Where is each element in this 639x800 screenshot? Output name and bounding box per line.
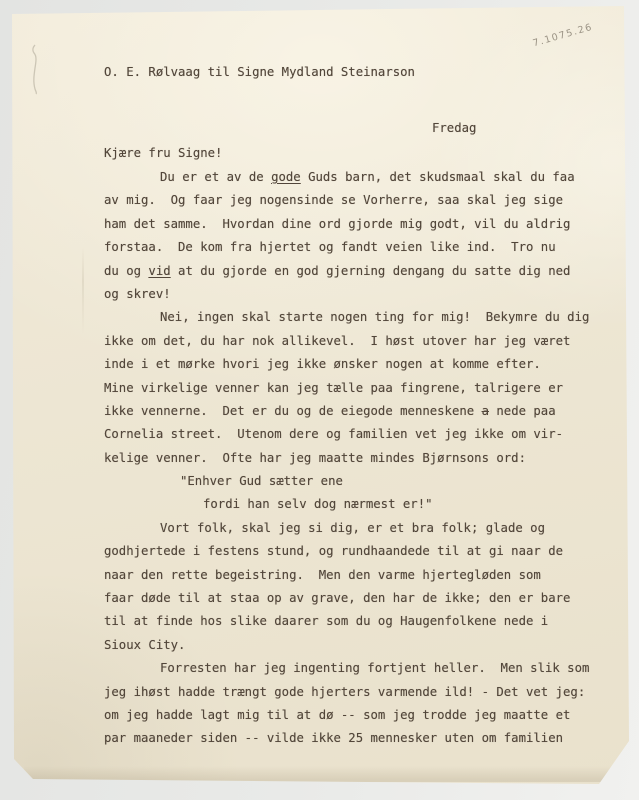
letter-line: naar den rette begeistring. Men den varm… <box>104 564 629 587</box>
text-segment: Vort folk, skal jeg si dig, er et bra fo… <box>160 521 545 535</box>
text-segment: du og <box>104 264 148 278</box>
letter-line: du og vid at du gjorde en god gjerning d… <box>104 260 629 283</box>
text-segment: inde i et mørke hvori jeg ikke ønsker no… <box>104 357 541 371</box>
letter-line: jeg ihøst hadde trængt gode hjerters var… <box>104 681 629 704</box>
text-segment: fordi han selv dog nærmest er!" <box>203 497 433 511</box>
text-segment: og skrev! <box>104 287 171 301</box>
archive-pencil-note: 7.1075.26 <box>532 22 594 50</box>
paperclip-mark <box>27 42 45 96</box>
letter-line: Vort folk, skal jeg si dig, er et bra fo… <box>104 517 629 540</box>
letter-line: Forresten har jeg ingenting fortjent hel… <box>104 657 629 680</box>
letter-body: Du er et av de gode Guds barn, det skuds… <box>104 166 629 751</box>
text-segment: forstaa. De kom fra hjertet og fandt vei… <box>104 240 556 254</box>
letter-line: godhjertede i festens stund, og rundhaan… <box>104 540 629 563</box>
letter-line: ham det samme. Hvordan dine ord gjorde m… <box>104 213 629 236</box>
text-segment: til at finde hos slike daarer som du og … <box>104 614 548 628</box>
text-segment: par maaneder siden -- vilde ikke 25 menn… <box>104 731 563 745</box>
letter-line: Mine virkelige venner kan jeg tælle paa … <box>104 377 629 400</box>
text-segment: ham det samme. Hvordan dine ord gjorde m… <box>104 217 570 231</box>
text-segment: faar døde til at staa op av grave, den h… <box>104 591 570 605</box>
text-segment: kelige venner. Ofte har jeg maatte minde… <box>104 451 526 465</box>
text-segment: Sioux City. <box>104 638 185 652</box>
letter-line: faar døde til at staa op av grave, den h… <box>104 587 629 610</box>
text-segment: jeg ihøst hadde trængt gode hjerters var… <box>104 685 585 699</box>
letter-heading: O. E. Rølvaag til Signe Mydland Steinars… <box>104 61 415 84</box>
text-segment: naar den rette begeistring. Men den varm… <box>104 568 541 582</box>
text-segment: godhjertede i festens stund, og rundhaan… <box>104 544 563 558</box>
letter-scan: 7.1075.26 O. E. Rølvaag til Signe Mydlan… <box>0 0 639 800</box>
letter-line: forstaa. De kom fra hjertet og fandt vei… <box>104 236 629 259</box>
letter-line: inde i et mørke hvori jeg ikke ønsker no… <box>104 353 629 376</box>
letter-line: kelige venner. Ofte har jeg maatte minde… <box>104 447 629 470</box>
letter-line: par maaneder siden -- vilde ikke 25 menn… <box>104 727 629 750</box>
paper-crease <box>82 246 84 334</box>
letter-line: om jeg hadde lagt mig til at dø -- som j… <box>104 704 629 727</box>
underlined-word: vid <box>148 264 170 278</box>
text-segment: Mine virkelige venner kan jeg tælle paa … <box>104 381 563 395</box>
text-segment: "Enhver Gud sætter ene <box>180 474 343 488</box>
letter-line: fordi han selv dog nærmest er!" <box>104 493 629 516</box>
letter-dateline: Fredag <box>432 117 476 140</box>
letter-line: Sioux City. <box>104 634 629 657</box>
letter-line: "Enhver Gud sætter ene <box>104 470 629 493</box>
paper-edge-shadow <box>24 766 625 782</box>
letter-line: Du er et av de gode Guds barn, det skuds… <box>104 166 629 189</box>
letter-line: og skrev! <box>104 283 629 306</box>
letter-salutation: Kjære fru Signe! <box>104 142 222 165</box>
text-segment: Nei, ingen skal starte nogen ting for mi… <box>160 310 589 324</box>
letter-line: av mig. Og faar jeg nogensinde se Vorher… <box>104 189 629 212</box>
underlined-word: gode <box>271 170 301 184</box>
letter-page: 7.1075.26 O. E. Rølvaag til Signe Mydlan… <box>0 0 639 800</box>
text-segment: nede paa <box>489 404 556 418</box>
letter-line: Nei, ingen skal starte nogen ting for mi… <box>104 306 629 329</box>
text-segment: av mig. Og faar jeg nogensinde se Vorher… <box>104 193 563 207</box>
letter-line: til at finde hos slike daarer som du og … <box>104 610 629 633</box>
letter-line: Cornelia street. Utenom dere og familien… <box>104 423 629 446</box>
struck-char: a <box>482 404 489 418</box>
text-segment: Guds barn, det skudsmaal skal du faa <box>301 170 575 184</box>
text-segment: Du er et av de <box>160 170 271 184</box>
letter-line: ikke om det, du har nok allikevel. I høs… <box>104 330 629 353</box>
text-segment: ikke om det, du har nok allikevel. I høs… <box>104 334 570 348</box>
text-segment: ikke vennerne. Det er du og de eiegode m… <box>104 404 482 418</box>
text-segment: om jeg hadde lagt mig til at dø -- som j… <box>104 708 570 722</box>
letter-line: ikke vennerne. Det er du og de eiegode m… <box>104 400 629 423</box>
text-segment: at du gjorde en god gjerning dengang du … <box>171 264 571 278</box>
text-segment: Cornelia street. Utenom dere og familien… <box>104 427 563 441</box>
text-segment: Forresten har jeg ingenting fortjent hel… <box>160 661 589 675</box>
